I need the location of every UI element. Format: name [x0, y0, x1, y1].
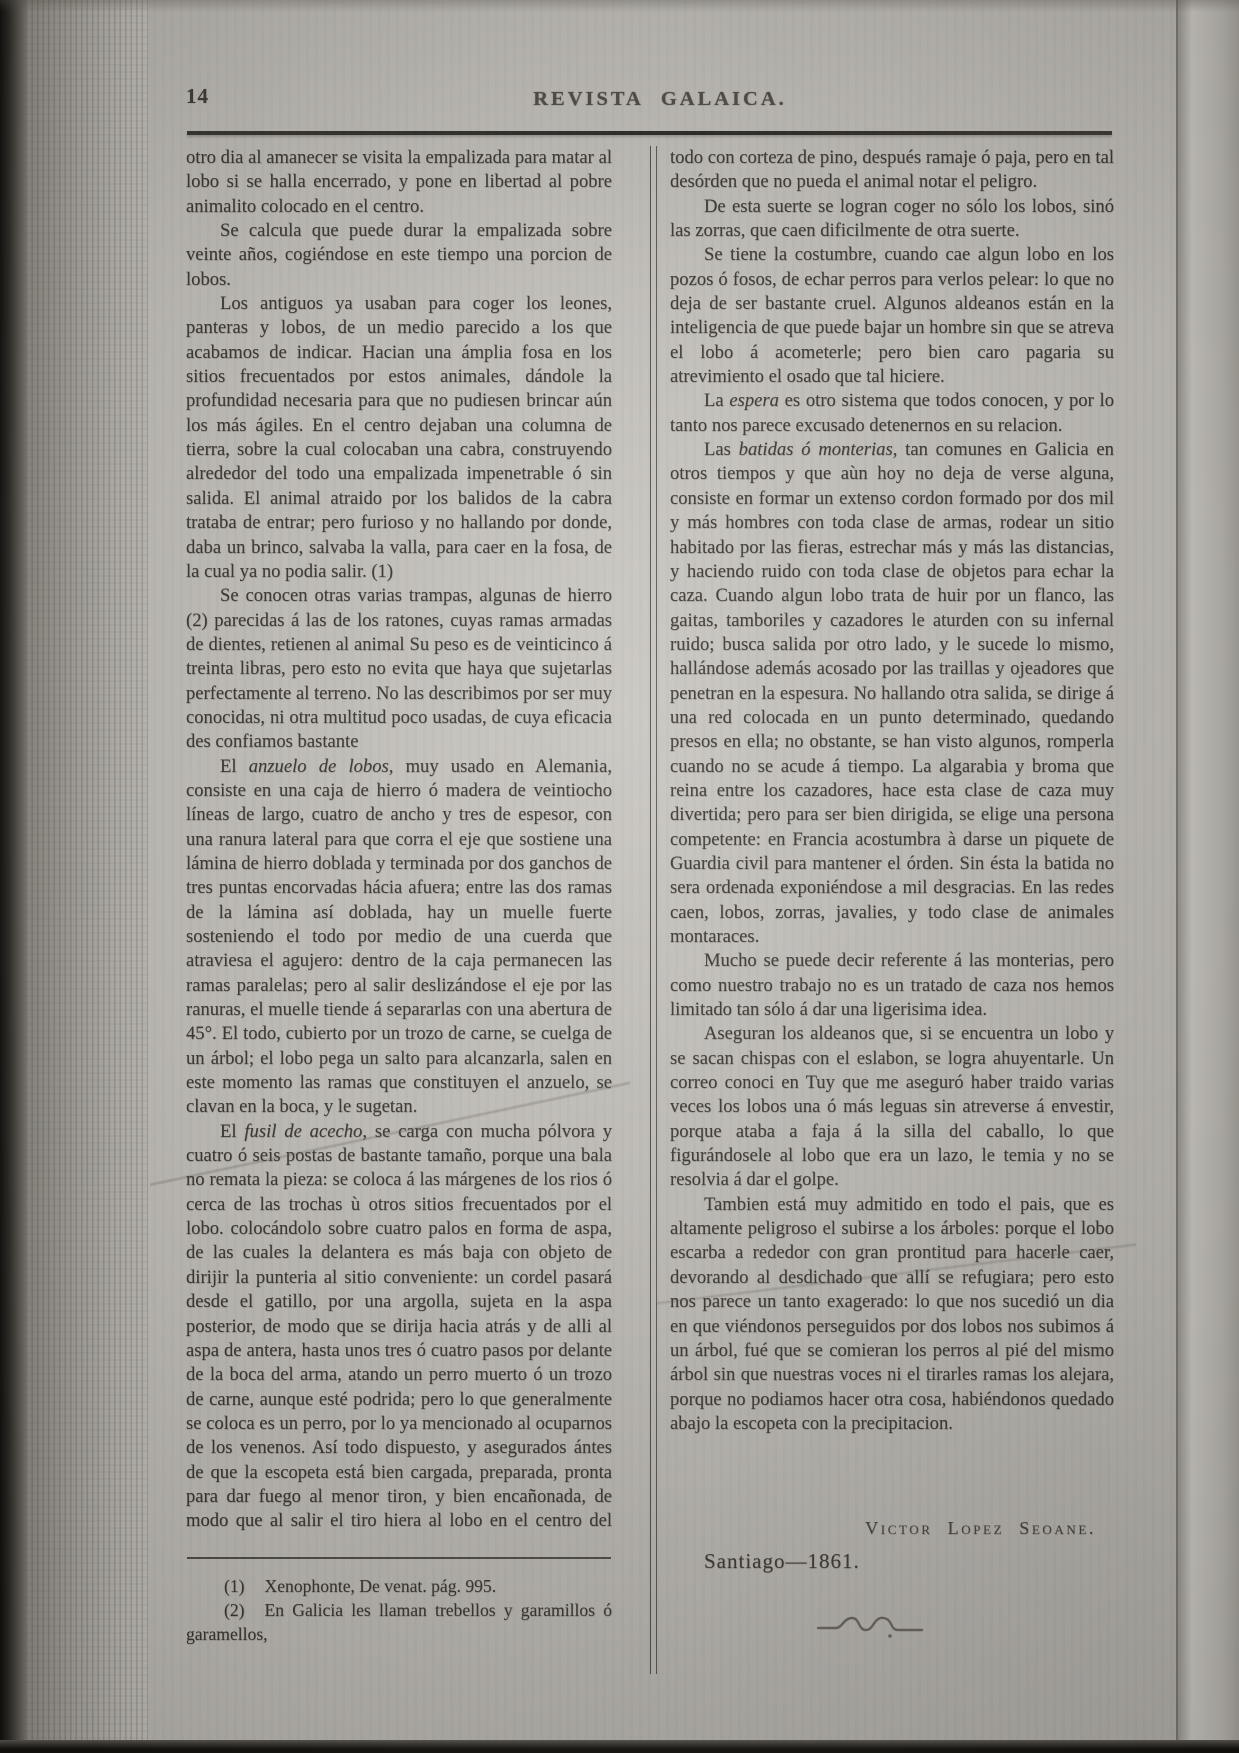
page-bottom-edge: [0, 1740, 1239, 1753]
paragraph: Se tiene la costumbre, cuando cae algun …: [670, 243, 1114, 389]
paragraph: La espera es otro sistema que todos cono…: [670, 389, 1114, 438]
paragraph: otro dia al amanecer se visita la empali…: [186, 146, 612, 219]
header-rule: [187, 131, 1112, 135]
paragraph: El anzuelo de lobos, muy usado en Aleman…: [186, 755, 612, 1120]
page-fore-edge: [1176, 0, 1239, 1753]
italic-run: fusil de acecho: [244, 1121, 362, 1142]
author-signature: Victor Lopez Seoane.: [670, 1518, 1096, 1539]
footnote: (2)En Galicia les llaman trebellos y gar…: [186, 1598, 612, 1646]
top-shadow: [0, 0, 1239, 12]
right-column: todo con corteza de pino, después ramaje…: [670, 146, 1114, 1514]
page-number: 14: [186, 84, 209, 109]
paragraph: Se calcula que puede durar la empalizada…: [186, 219, 612, 292]
page-stack-edge: [26, 0, 148, 1753]
text-run: , se carga con mucha pólvora y cuatro ó …: [186, 1121, 612, 1534]
paragraph: todo con corteza de pino, después ramaje…: [670, 146, 1114, 195]
dateline: Santiago—1861.: [704, 1549, 860, 1574]
text-run: , tan comunes en Galicia en otros tiempo…: [670, 439, 1114, 947]
text-run: El: [220, 756, 249, 777]
paragraph: Los antiguos ya usaban para coger los le…: [186, 292, 612, 584]
footnote-text: Xenophonte, De venat. pág. 995.: [265, 1576, 497, 1596]
text-run: Aseguran los aldeanos que, si se encuent…: [670, 1023, 1114, 1190]
text-run: Se tiene la costumbre, cuando cae algun …: [670, 244, 1114, 387]
italic-run: espera: [729, 390, 779, 411]
text-run: Mucho se puede decir referente á las mon…: [670, 950, 1114, 1020]
paragraph: Se conocen otras varias trampas, algunas…: [186, 584, 612, 754]
footnote-text: En Galicia les llaman trebellos y garami…: [186, 1600, 612, 1644]
text-run: Los antiguos ya usaban para coger los le…: [186, 293, 612, 582]
text-run: La: [704, 390, 729, 411]
column-divider: [650, 146, 657, 1674]
scanned-page: 14 REVISTA GALAICA. otro dia al amanecer…: [0, 0, 1239, 1753]
book-spine-edge: [0, 0, 26, 1753]
italic-run: anzuelo de lobos: [249, 756, 389, 777]
end-flourish-icon: [812, 1606, 932, 1646]
text-run: todo con corteza de pino, después ramaje…: [670, 147, 1114, 192]
text-run: Se calcula que puede durar la empalizada…: [186, 220, 612, 290]
text-run: Tambien está muy admitido en todo el pai…: [670, 1194, 1114, 1434]
footnotes: (1)Xenophonte, De venat. pág. 995.(2)En …: [186, 1574, 612, 1646]
text-run: otro dia al amanecer se visita la empali…: [186, 147, 612, 217]
text-run: De esta suerte se logran coger no sólo l…: [670, 196, 1114, 241]
left-column: otro dia al amanecer se visita la empali…: [186, 146, 612, 1534]
footnote-rule: [187, 1557, 611, 1559]
text-run: Las: [704, 439, 739, 460]
paragraph: Las batidas ó monterias, tan comunes en …: [670, 438, 1114, 949]
italic-run: batidas ó monterias: [739, 439, 893, 460]
footnote-marker: (1): [224, 1574, 245, 1598]
paragraph: Mucho se puede decir referente á las mon…: [670, 949, 1114, 1022]
text-run: El: [220, 1121, 244, 1142]
footnote-marker: (2): [224, 1598, 245, 1622]
text-run: , muy usado en Alemania, consiste en una…: [186, 756, 612, 1118]
paragraph: Aseguran los aldeanos que, si se encuent…: [670, 1022, 1114, 1192]
journal-title: REVISTA GALAICA.: [430, 88, 890, 111]
footnote: (1)Xenophonte, De venat. pág. 995.: [186, 1574, 612, 1598]
text-run: Se conocen otras varias trampas, algunas…: [186, 585, 612, 752]
paragraph: Tambien está muy admitido en todo el pai…: [670, 1193, 1114, 1436]
paragraph: El fusil de acecho, se carga con mucha p…: [186, 1120, 612, 1534]
paragraph: De esta suerte se logran coger no sólo l…: [670, 195, 1114, 244]
